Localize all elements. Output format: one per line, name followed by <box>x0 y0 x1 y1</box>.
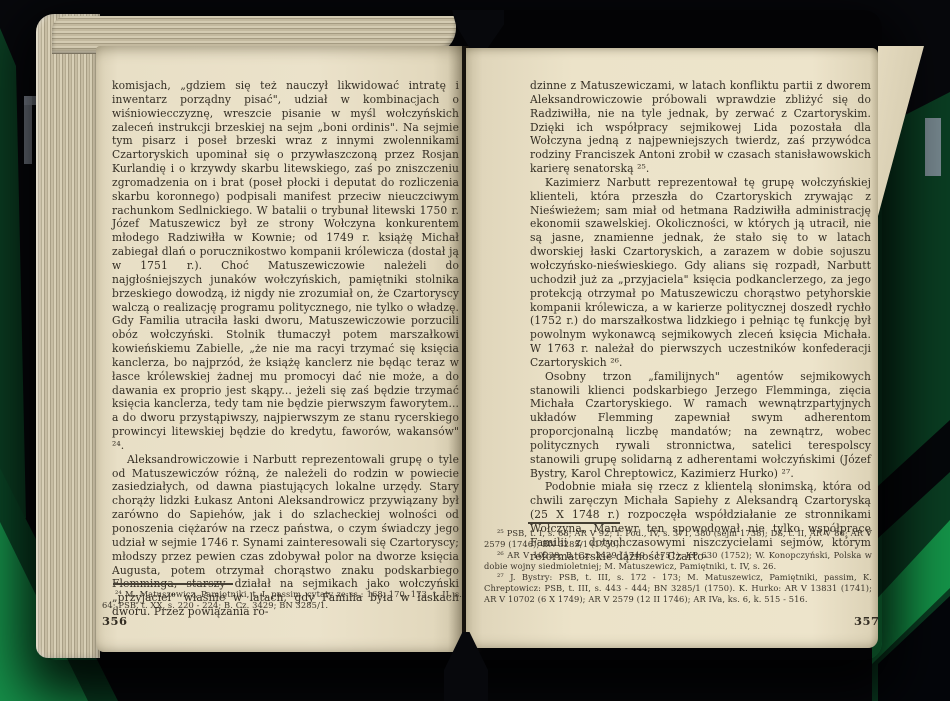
footnote: ²⁴ M. Matuszewicz, Pamiętniki, t. I, pas… <box>102 589 462 611</box>
page-left-body: komisjach, „gdziem się też nauczył likwi… <box>112 79 459 619</box>
page-number-right: 357 <box>854 614 880 628</box>
calibration-mark-left-vertical <box>24 96 32 164</box>
paragraph: komisjach, „gdziem się też nauczył likwi… <box>112 79 459 453</box>
footnote: ²⁷ J. Bystry: PSB, t. III, s. 172 - 173;… <box>484 572 872 605</box>
paragraph: Kazimierz Narbutt reprezentował tę grupę… <box>530 176 871 370</box>
calibration-mark-right <box>925 118 941 176</box>
page-stack-left-edge <box>36 14 100 658</box>
page-right-footnotes: ²⁵ PSB, t. I, s. 68; AR V 92; T. Pod., I… <box>484 528 872 605</box>
footnote-rule-right <box>528 522 620 524</box>
paragraph: dzinne z Matuszewiczami, w latach konfli… <box>530 79 871 176</box>
page-right-body: dzinne z Matuszewiczami, w latach konfli… <box>530 79 871 564</box>
page-number-left: 356 <box>102 614 128 628</box>
paragraph: Osobny trzon „familijnych" agentów sejmi… <box>530 370 871 481</box>
footnote-rule-left <box>113 583 233 585</box>
page-right: dzinne z Matuszewiczami, w latach konfli… <box>466 48 878 648</box>
footnote: ²⁵ PSB, t. I, s. 68; AR V 92; T. Pod., I… <box>484 528 872 550</box>
footnote: ²⁶ AR V 10238; B. Cz. 3429 (1749 - 1751)… <box>484 550 872 572</box>
page-left: komisjach, „gdziem się też nauczył likwi… <box>96 46 462 652</box>
page-left-footnotes: ²⁴ M. Matuszewicz, Pamiętniki, t. I, pas… <box>102 589 462 611</box>
